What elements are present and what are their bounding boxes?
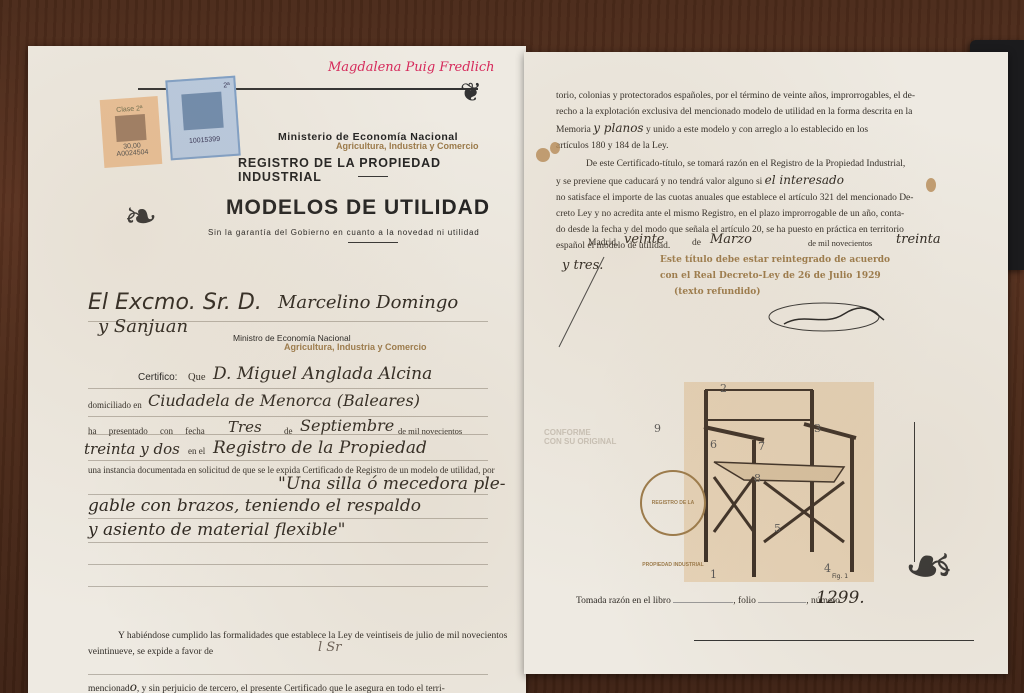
rule <box>88 518 488 519</box>
addressee-prefix: El Excmo. Sr. D. <box>88 290 262 315</box>
date-day: veinte <box>624 232 665 247</box>
main-title: MODELOS DE UTILIDAD <box>226 196 490 220</box>
drawing-number: 8 <box>754 472 761 485</box>
registry-title: REGISTRO DE LA PROPIEDAD INDUSTRIAL <box>238 156 526 184</box>
drawing-number: 3 <box>814 422 821 435</box>
drawing-number: 2 <box>720 382 727 395</box>
rule <box>88 494 488 495</box>
drawing-number: 6 <box>710 438 717 451</box>
drawing-number: 9 <box>654 422 661 435</box>
ministry-overprint: Agricultura, Industria y Comercio <box>336 141 479 151</box>
model-description-line1: "Una silla ó mecedora ple- <box>278 474 506 494</box>
presented-de: de <box>284 426 293 436</box>
stain <box>536 148 550 162</box>
subtitle: Sin la garantía del Gobierno en cuanto a… <box>208 228 479 237</box>
addressee-name-line2: y Sanjuan <box>98 316 188 337</box>
rule <box>88 542 488 543</box>
left-page: Magdalena Puig Fredlich ❦ ❧ Clase 2ª 30,… <box>28 46 526 693</box>
ornament-stem <box>914 422 915 562</box>
minister-overprint: Agricultura, Industria y Comercio <box>284 342 427 352</box>
signature-icon <box>764 292 904 342</box>
scroll-ornament-corner-icon: ❧ <box>904 532 954 602</box>
registry-seal: REGISTRO DE LA PROPIEDAD INDUSTRIAL <box>640 470 706 536</box>
certifico-que: Que <box>188 372 206 383</box>
model-description-line2: gable con brazos, teniendo el respaldo <box>88 496 421 516</box>
paragraph-1: torio, colonias y protectorados españole… <box>556 88 976 154</box>
drawing-number: 5 <box>774 522 781 535</box>
divider <box>348 242 398 243</box>
mentioned-text: mencionado, y sin perjuicio de tercero, … <box>88 680 445 693</box>
fee-stamp-orange: Clase 2ª 30,00 A0024504 <box>100 96 163 168</box>
drawing-number: 7 <box>758 440 765 453</box>
madrid-label: Madrid, <box>588 238 618 248</box>
presented-month: Septiembre <box>300 416 394 435</box>
fee-stamp-blue: 2ª 10015399 <box>165 76 240 161</box>
rule <box>88 388 488 389</box>
certifico-label: Certifico: <box>138 372 177 383</box>
presented-day: Tres <box>228 418 262 436</box>
numero-value: 1299. <box>816 588 865 608</box>
chair-drawing: Fig. 1 <box>684 382 874 582</box>
scroll-ornament-icon: ❦ <box>460 78 482 108</box>
rule <box>88 564 488 565</box>
folding-chair-icon: Fig. 1 <box>684 382 874 582</box>
red-annotation: Magdalena Puig Fredlich <box>328 60 495 75</box>
faded-conforme-stamp: CONFORME CON SU ORIGINAL <box>544 428 616 446</box>
rule <box>88 460 488 461</box>
favor-of: l Sr <box>318 640 341 655</box>
presented-year: treinta y dos <box>84 440 180 458</box>
date-month: Marzo <box>710 232 752 247</box>
addressee-name-line1: Marcelino Domingo <box>278 292 458 313</box>
scroll-ornament-left-icon: ❧ <box>124 194 158 240</box>
registry-phrase-label: en el <box>188 446 205 456</box>
presented-year-prefix: de mil novecientos <box>398 426 462 436</box>
tomada-razon-line: Tomada razón en el libro , folio , númer… <box>576 596 840 606</box>
right-page: torio, colonias y protectorados españole… <box>524 52 1008 674</box>
pen-stroke-icon <box>554 252 614 352</box>
rule <box>88 586 488 587</box>
applicant-name: D. Miguel Anglada Alcina <box>213 364 432 384</box>
drawing-number: 1 <box>710 568 717 581</box>
model-description-line3: y asiento de material flexible" <box>88 520 345 540</box>
drawing-number: 4 <box>824 562 831 575</box>
footer-rule <box>694 640 974 641</box>
date-de: de <box>692 238 701 248</box>
formalities-text: Y habiéndose cumplido las formalidades q… <box>88 628 508 660</box>
stain <box>550 142 560 154</box>
domicile-label: domiciliado en <box>88 400 142 410</box>
rule <box>88 416 488 417</box>
domicile: Ciudadela de Menorca (Baleares) <box>148 391 420 410</box>
registry-phrase: Registro de la Propiedad <box>213 438 427 458</box>
presented-label: ha presentado con fecha <box>88 426 205 436</box>
divider <box>358 176 388 177</box>
rule <box>88 674 488 675</box>
date-year: treinta <box>896 232 941 247</box>
svg-text:Fig. 1: Fig. 1 <box>832 573 848 580</box>
date-year-prefix: de mil novecientos <box>808 238 872 248</box>
